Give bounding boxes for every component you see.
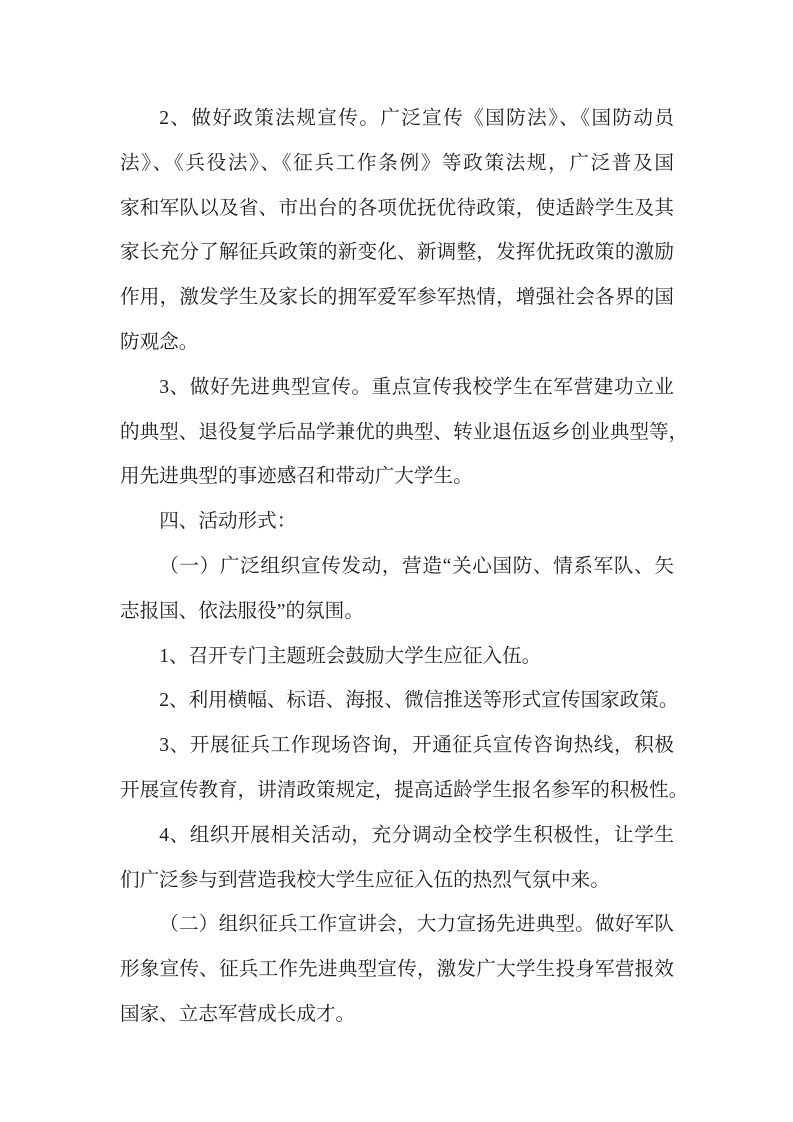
text-line: 3、做好先进典型宣传。重点宣传我校学生在军营建功立业 <box>120 366 674 411</box>
document-page: 2、做好政策法规宣传。广泛宣传《国防法》、《国防动员 法》、《兵役法》、《征兵工… <box>0 0 793 1122</box>
para-policy-law-publicity: 2、做好政策法规宣传。广泛宣传《国防法》、《国防动员 法》、《兵役法》、《征兵工… <box>120 97 674 366</box>
para-model-publicity: 3、做好先进典型宣传。重点宣传我校学生在军营建功立业 的典型、退役复学后品学兼优… <box>120 366 674 500</box>
text-line: 家长充分了解征兵政策的新变化、新调整，发挥优抚政策的激励 <box>120 231 674 276</box>
section-heading: 四、活动形式： <box>120 500 674 545</box>
para-section-two: （二）组织征兵工作宣讲会，大力宣扬先进典型。做好军队 形象宣传、征兵工作先进典型… <box>120 903 674 1037</box>
text-line: 作用，激发学生及家长的拥军爱军参军热情，增强社会各界的国 <box>120 276 674 321</box>
text-line: （二）组织征兵工作宣讲会，大力宣扬先进典型。做好军队 <box>120 903 674 948</box>
text-line: 法》、《兵役法》、《征兵工作条例》等政策法规，广泛普及国 <box>120 142 674 187</box>
para-item-3: 3、开展征兵工作现场咨询，开通征兵宣传咨询热线，积极 开展宣传教育，讲清政策规定… <box>120 724 674 814</box>
text-line: 家和军队以及省、市出台的各项优抚优待政策，使适龄学生及其 <box>120 187 674 232</box>
text-line: 2、利用横幅、标语、海报、微信推送等形式宣传国家政策。 <box>120 679 674 724</box>
text-line: 用先进典型的事迹感召和带动广大学生。 <box>120 455 674 500</box>
text-line: 3、开展征兵工作现场咨询，开通征兵宣传咨询热线，积极 <box>120 724 674 769</box>
text-line: 志报国、依法服役”的氛围。 <box>120 590 674 635</box>
para-section-one: （一）广泛组织宣传发动，营造“关心国防、情系军队、矢 志报国、依法服役”的氛围。 <box>120 545 674 635</box>
text-line: 开展宣传教育，讲清政策规定，提高适龄学生报名参军的积极性。 <box>120 769 674 814</box>
text-line: （一）广泛组织宣传发动，营造“关心国防、情系军队、矢 <box>120 545 674 590</box>
text-line: 4、组织开展相关活动，充分调动全校学生积极性，让学生 <box>120 814 674 859</box>
text-line: 们广泛参与到营造我校大学生应征入伍的热烈气氛中来。 <box>120 859 674 904</box>
para-item-2: 2、利用横幅、标语、海报、微信推送等形式宣传国家政策。 <box>120 679 674 724</box>
heading-activity-format: 四、活动形式： <box>120 500 674 545</box>
text-line: 2、做好政策法规宣传。广泛宣传《国防法》、《国防动员 <box>120 97 674 142</box>
text-line: 1、召开专门主题班会鼓励大学生应征入伍。 <box>120 635 674 680</box>
document-body: 2、做好政策法规宣传。广泛宣传《国防法》、《国防动员 法》、《兵役法》、《征兵工… <box>120 97 674 1038</box>
text-line: 形象宣传、征兵工作先进典型宣传，激发广大学生投身军营报效 <box>120 948 674 993</box>
text-line: 防观念。 <box>120 321 674 366</box>
text-line: 国家、立志军营成长成才。 <box>120 993 674 1038</box>
para-item-1: 1、召开专门主题班会鼓励大学生应征入伍。 <box>120 635 674 680</box>
para-item-4: 4、组织开展相关活动，充分调动全校学生积极性，让学生 们广泛参与到营造我校大学生… <box>120 814 674 904</box>
text-line: 的典型、退役复学后品学兼优的典型、转业退伍返乡创业典型等， <box>120 411 674 456</box>
